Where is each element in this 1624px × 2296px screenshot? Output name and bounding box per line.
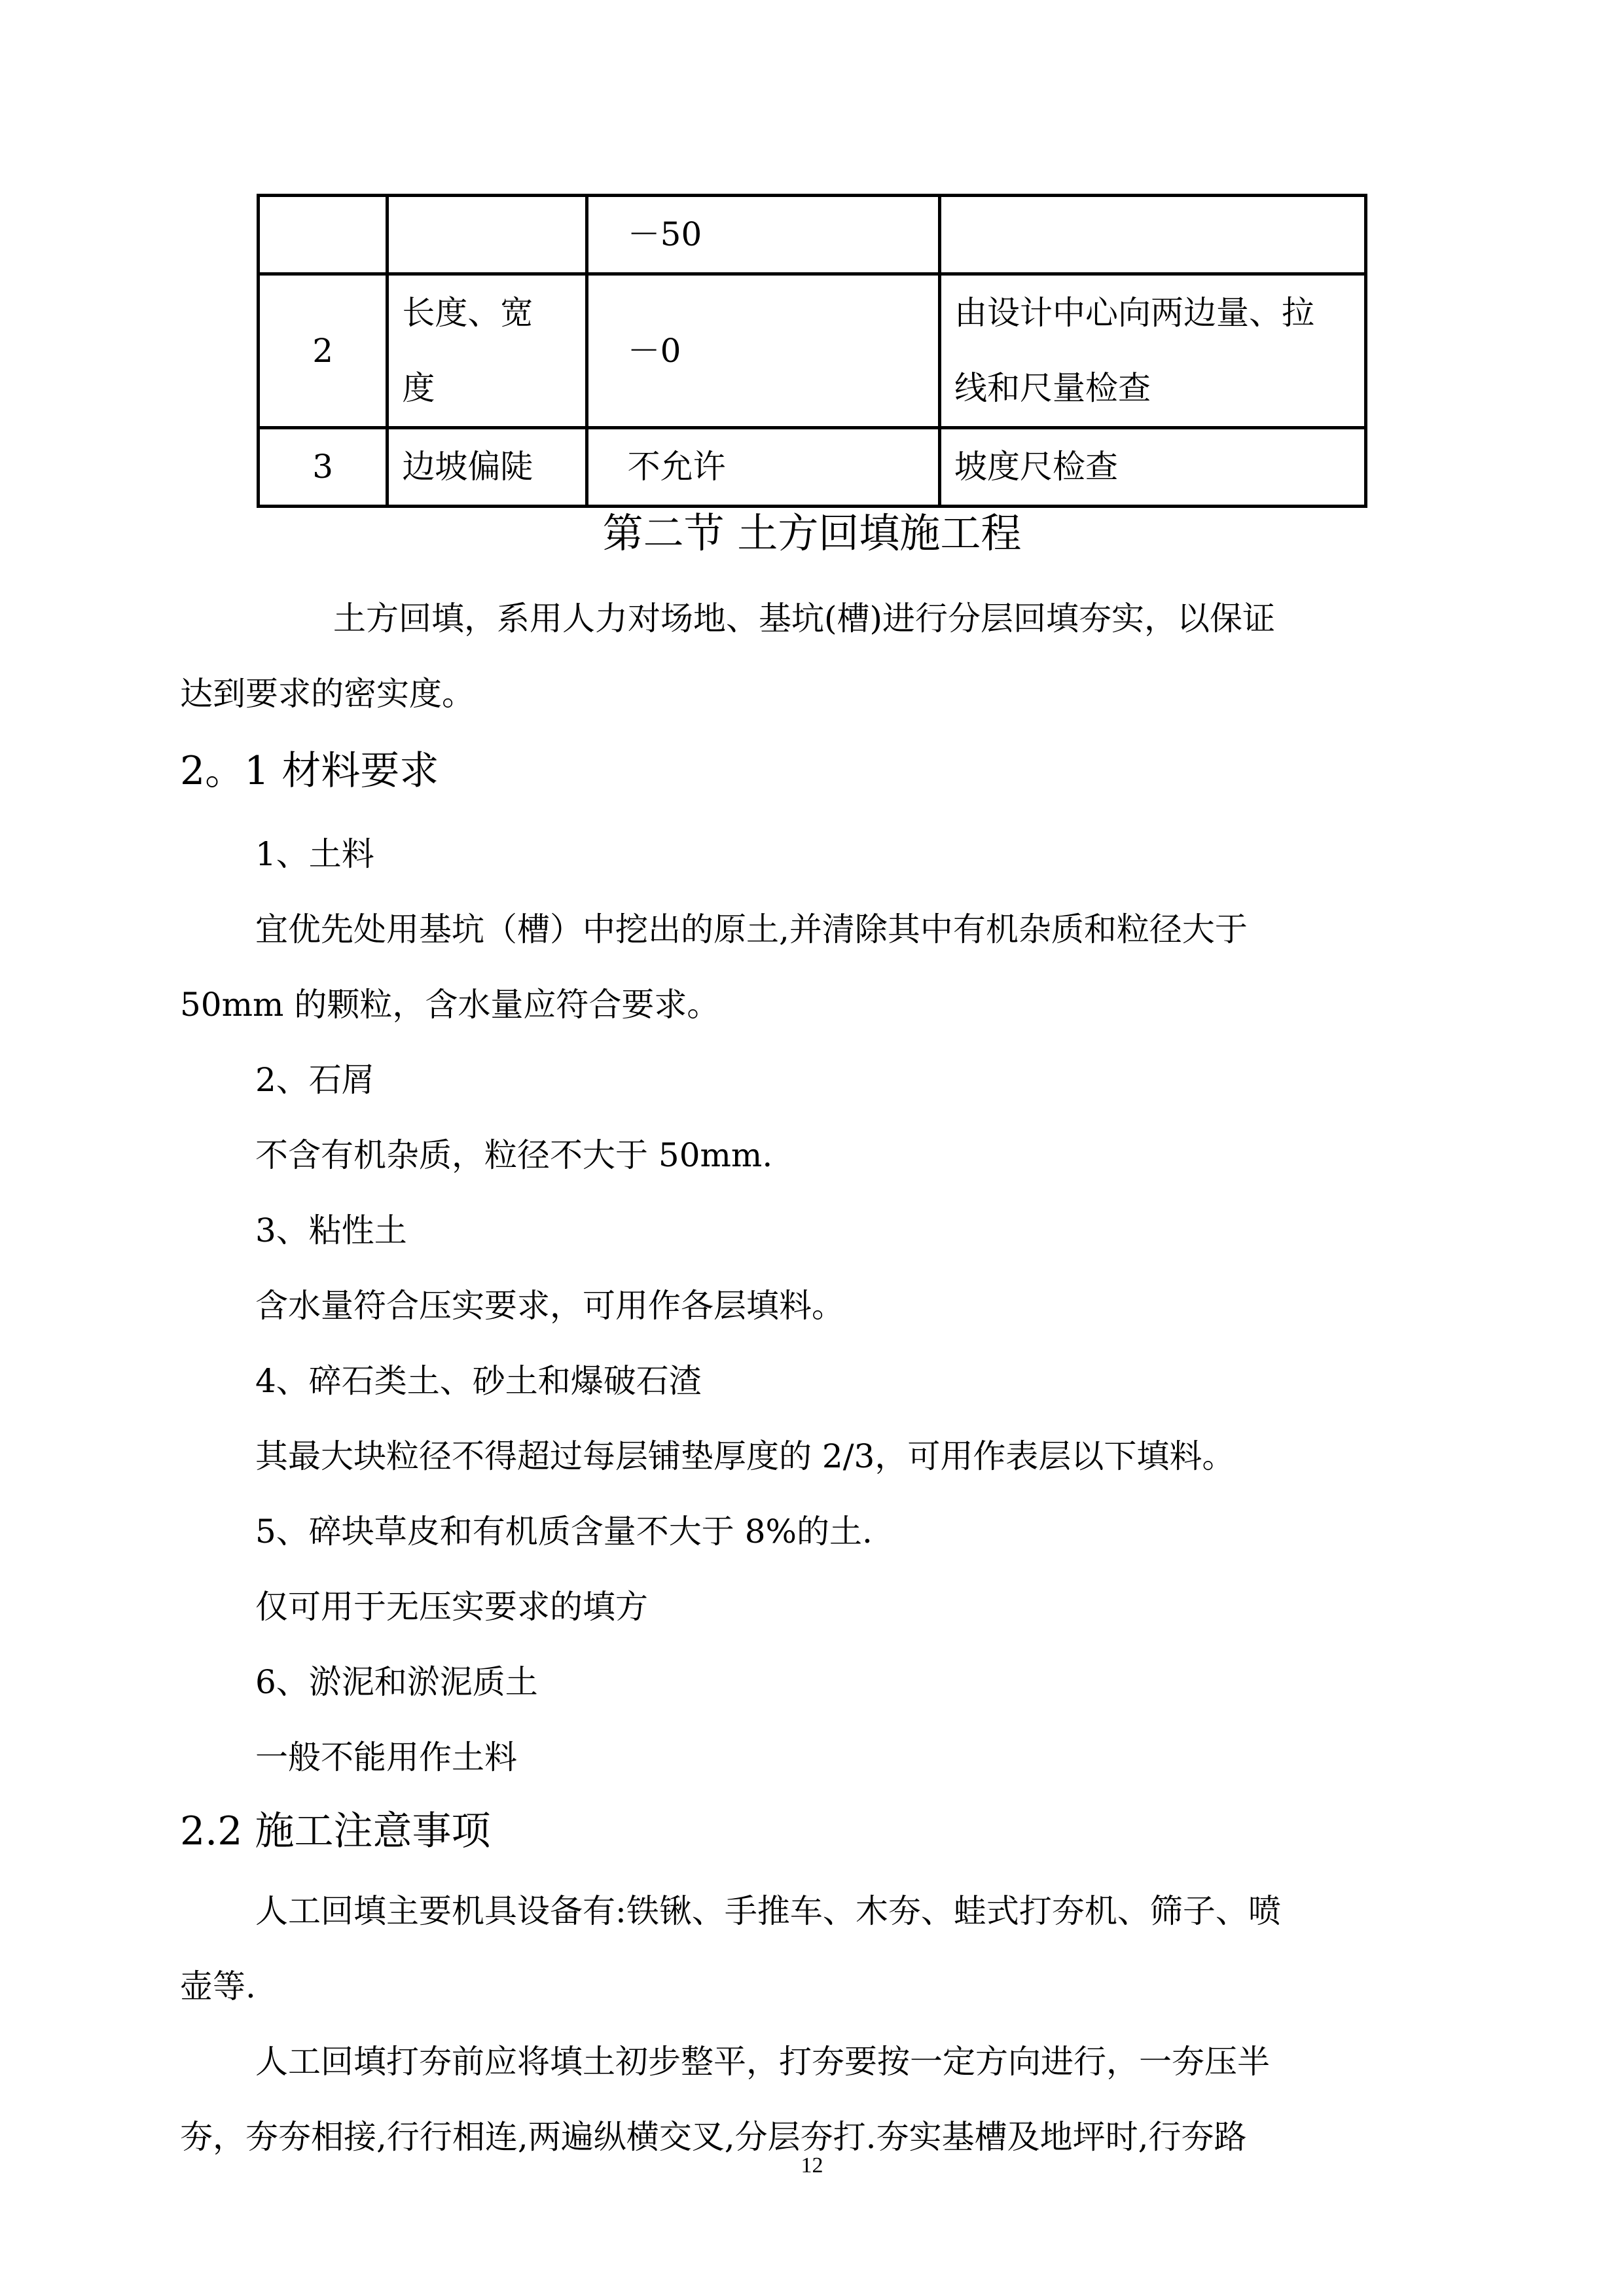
page-number: 12	[0, 2153, 1624, 2178]
cell-item	[388, 196, 586, 274]
cell-method: 坡度尺检查	[940, 428, 1366, 507]
item-text: 含水量符合压实要求，可用作各层填料。	[255, 1280, 844, 1327]
item-label: 4、碎石类土、砂土和爆破石渣	[255, 1355, 702, 1402]
paragraph-line: 夯，夯夯相接,行行相连,两遍纵横交叉,分层夯打.夯实基槽及地坪时,行夯路	[180, 2111, 1246, 2158]
item-text: 50mm 的颗粒，含水量应符合要求。	[180, 978, 719, 1026]
subsection-heading: 2。1 材料要求	[180, 740, 439, 796]
cell-no: 2	[259, 274, 388, 428]
paragraph-line: 人工回填主要机具设备有:铁锹、手推车、木夯、蛙式打夯机、筛子、喷	[255, 1885, 1281, 1932]
paragraph-line: 壶等.	[180, 1960, 256, 2007]
table-row: 2 长度、宽 度 －0 由设计中心向两边量、拉 线和尺量检查	[259, 274, 1366, 428]
cell-method: 由设计中心向两边量、拉 线和尺量检查	[940, 274, 1366, 428]
table-row: －50	[259, 196, 1366, 274]
cell-no: 3	[259, 428, 388, 507]
cell-method	[940, 196, 1366, 274]
cell-item-line: 度	[402, 351, 585, 426]
cell-tolerance: 不允许	[586, 428, 939, 507]
item-label: 6、淤泥和淤泥质土	[255, 1656, 538, 1703]
item-label: 2、石屑	[255, 1054, 374, 1101]
paragraph-line: 人工回填打夯前应将填土初步整平，打夯要按一定方向进行，一夯压半	[255, 2036, 1270, 2083]
subsection-heading: 2.2 施工注意事项	[180, 1800, 491, 1856]
section-title: 第二节 土方回填施工程	[0, 501, 1624, 559]
table-row: 3 边坡偏陡 不允许 坡度尺检查	[259, 428, 1366, 507]
intro-line: 达到要求的密实度。	[180, 668, 475, 715]
cell-item-line: 长度、宽	[402, 276, 585, 351]
cell-method-line: 线和尺量检查	[954, 351, 1364, 426]
item-label: 5、碎块草皮和有机质含量不大于 8%的土.	[255, 1505, 873, 1552]
cell-no	[259, 196, 388, 274]
cell-method-line: 由设计中心向两边量、拉	[954, 276, 1364, 351]
intro-line: 土方回填，系用人力对场地、基坑(槽)进行分层回填夯实，以保证	[333, 592, 1275, 639]
item-text: 宜优先处用基坑（槽）中挖出的原土,并清除其中有机杂质和粒径大于	[255, 903, 1248, 950]
item-text: 其最大块粒径不得超过每层铺垫厚度的 2/3，可用作表层以下填料。	[255, 1430, 1235, 1477]
item-text: 仅可用于无压实要求的填方	[255, 1581, 648, 1628]
cell-item: 边坡偏陡	[388, 428, 586, 507]
cell-item: 长度、宽 度	[388, 274, 586, 428]
item-label: 1、土料	[255, 828, 374, 875]
cell-tolerance: －0	[586, 274, 939, 428]
tolerance-table: －50 2 长度、宽 度 －0 由设计中心向两边量、拉 线和尺量检查 3 边坡偏…	[257, 194, 1367, 508]
cell-tolerance: －50	[586, 196, 939, 274]
item-label: 3、粘性土	[255, 1204, 407, 1251]
item-text: 一般不能用作土料	[255, 1731, 517, 1778]
item-text: 不含有机杂质，粒径不大于 50mm.	[255, 1129, 772, 1176]
